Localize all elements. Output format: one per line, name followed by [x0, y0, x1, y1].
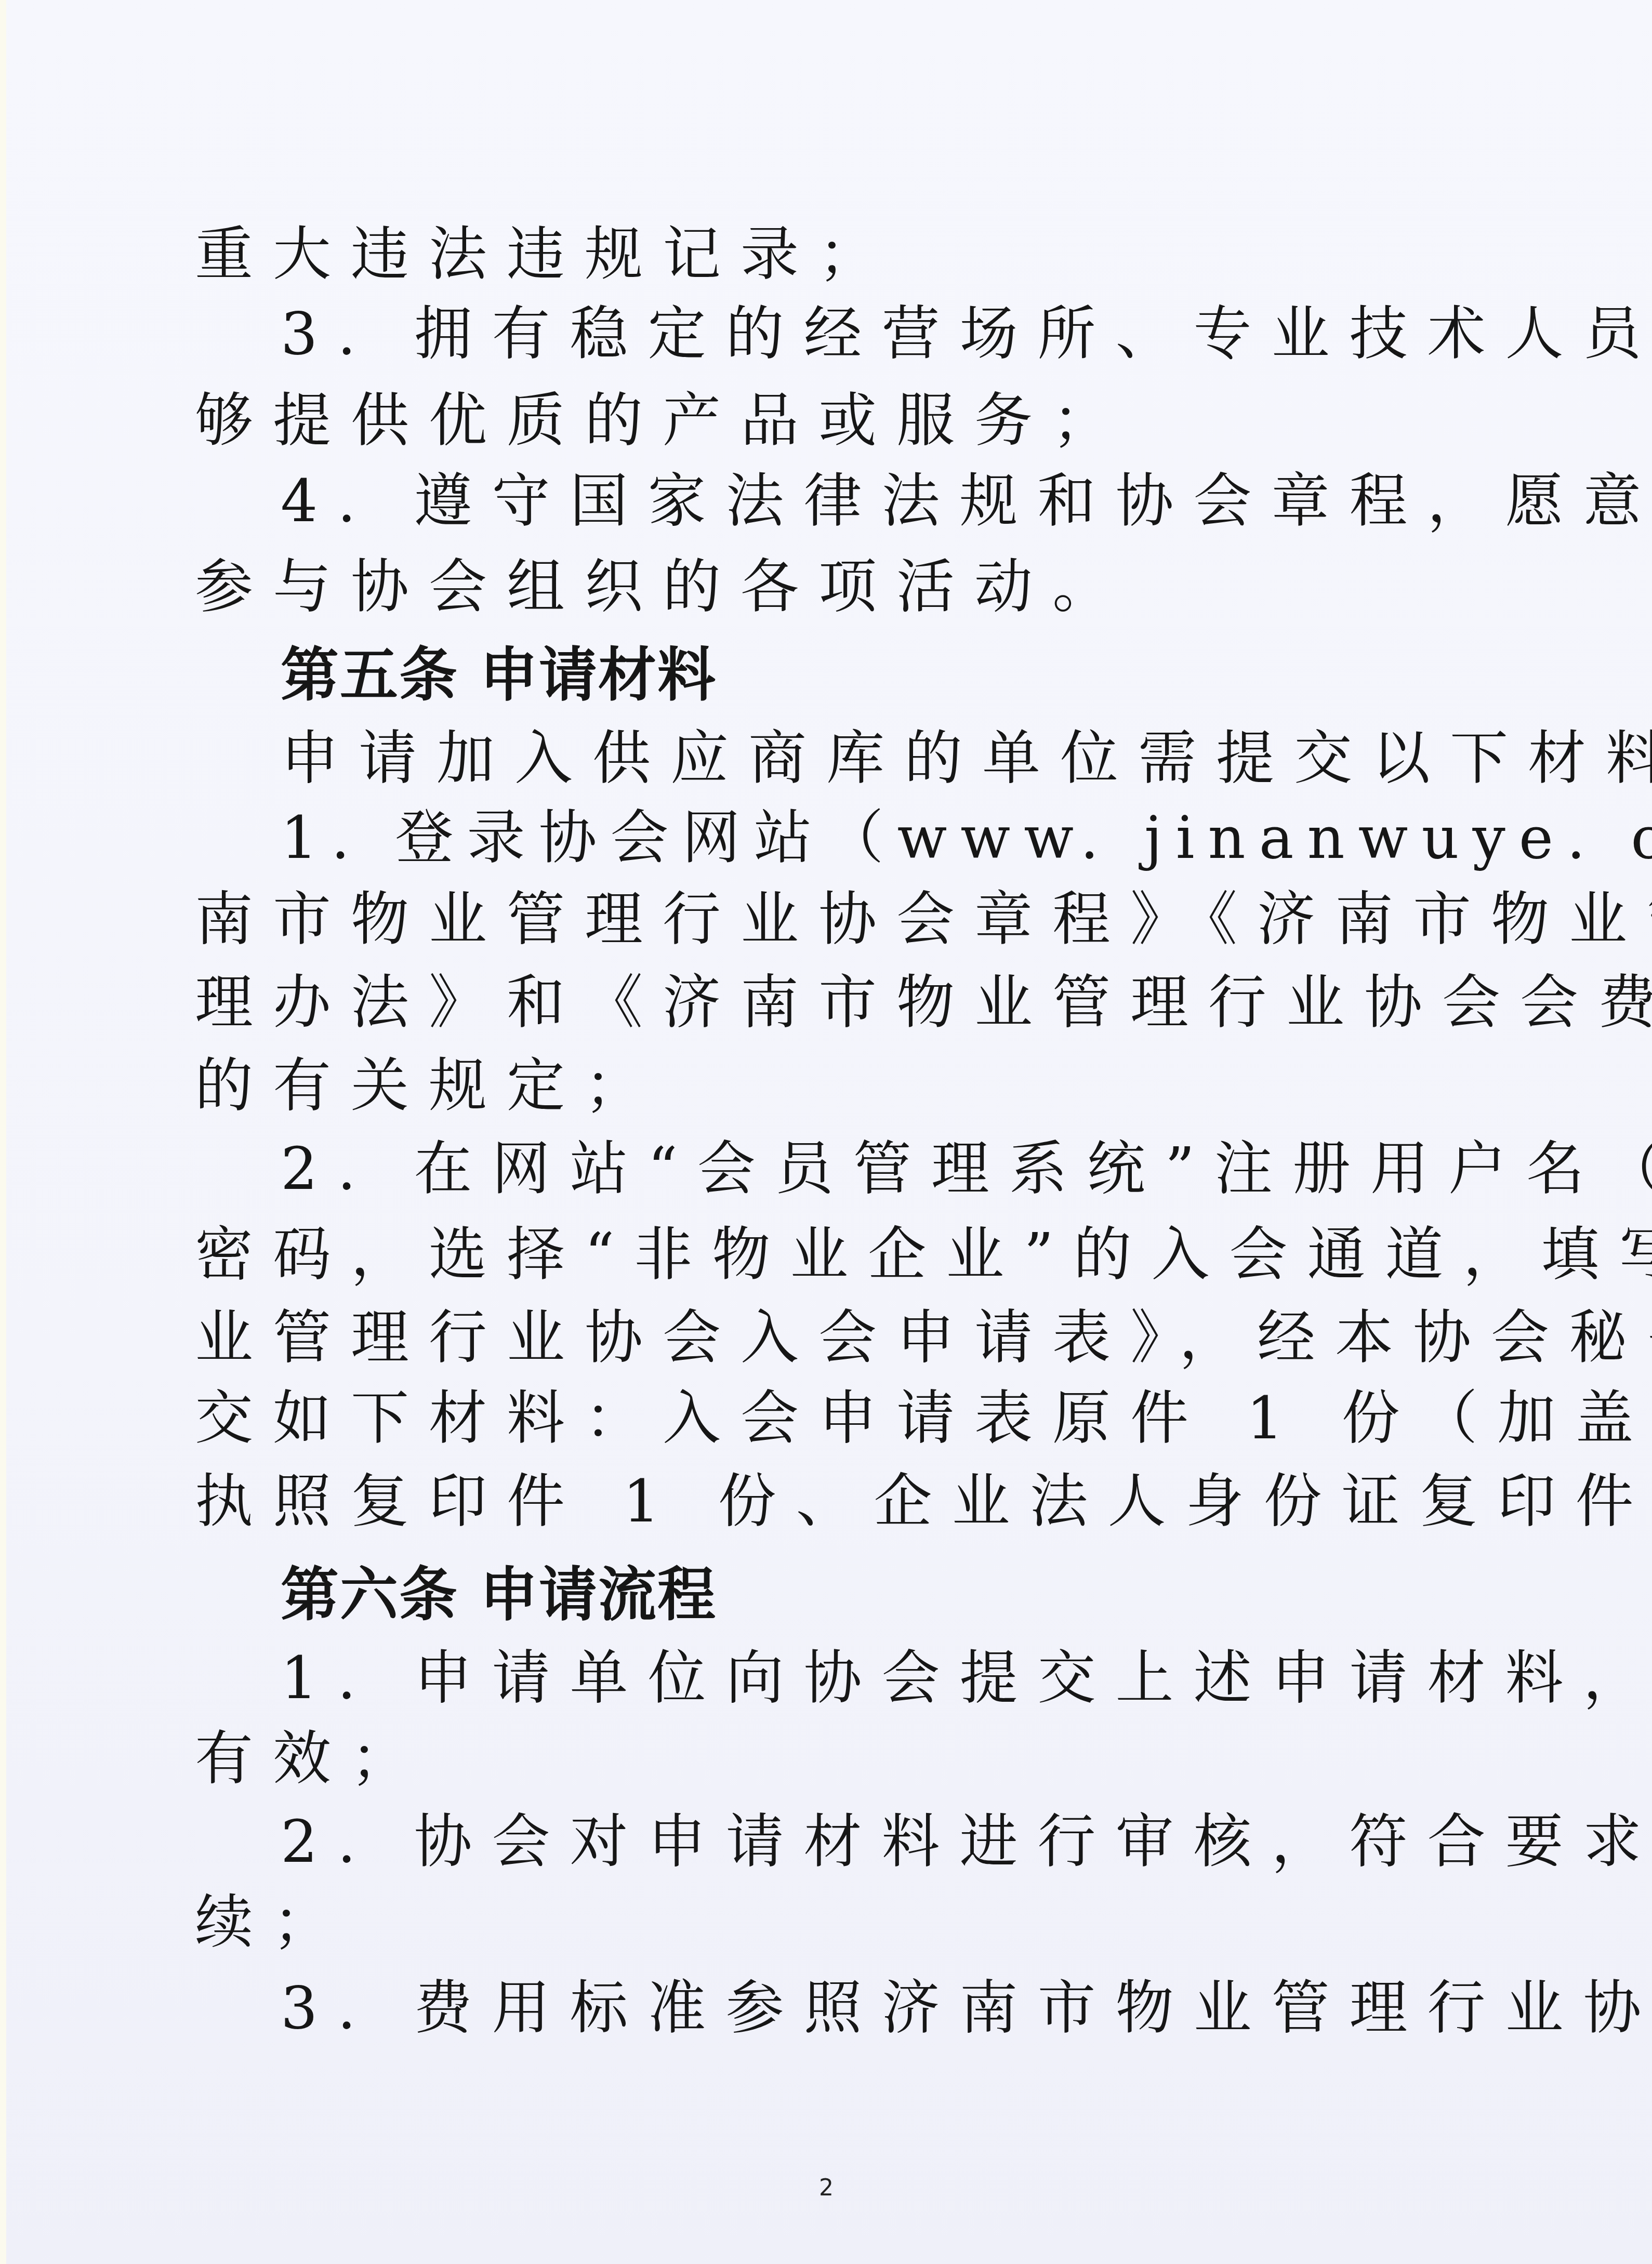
section-heading-article-6: 第六条 申请流程: [281, 1561, 717, 1629]
body-line-continuation: 重大违法违规记录；: [195, 221, 896, 288]
list-item-3-line-2: 够提供优质的产品或服务；: [195, 387, 1130, 455]
process-item-3-line-1: 3. 费用标准参照济南市物业管理行业协会会费标准执行。: [281, 1975, 1652, 2042]
materials-item-1-line-3: 理办法》和《济南市物业管理行业协会会费交纳标准和管理办法》: [195, 969, 1652, 1037]
list-item-3-line-1: 3. 拥有稳定的经营场所、专业技术人员和售后服务团队，能: [281, 300, 1652, 368]
materials-item-1-line-1: 1. 登录协会网站（www. jinanwuye. com），阅读并认可《济: [281, 804, 1652, 872]
page-number: 2: [811, 2175, 842, 2201]
process-item-1-line-1: 1. 申请单位向协会提交上述申请材料，材料应真实、完整、: [281, 1645, 1652, 1712]
materials-item-2-line-3: 业管理行业协会入会申请表》，经本协会秘书处初审通过后，提: [195, 1304, 1652, 1372]
scanned-page: 重大违法违规记录； 3. 拥有稳定的经营场所、专业技术人员和售后服务团队，能 够…: [0, 0, 1652, 2264]
materials-item-2-line-4: 交如下材料：入会申请表原件 1 份（加盖单位公章）、企业营业: [195, 1385, 1652, 1452]
section-heading-article-5: 第五条 申请材料: [281, 642, 717, 709]
section-intro: 申请加入供应商库的单位需提交以下材料：: [281, 725, 1652, 792]
list-item-4-line-2: 参与协会组织的各项活动。: [195, 553, 1130, 621]
process-item-2-line-1: 2. 协会对申请材料进行审核，符合要求的，通知办理入会手: [281, 1808, 1652, 1876]
materials-item-1-line-2: 南市物业管理行业协会章程》《济南市物业管理行业协会会员管: [195, 886, 1652, 954]
process-item-1-line-2: 有效；: [195, 1725, 429, 1793]
materials-item-2-line-5: 执照复印件 1 份、企业法人身份证复印件 1 份。: [195, 1468, 1652, 1535]
list-item-4-line-1: 4. 遵守国家法律法规和协会章程，愿意履行会员义务，积极: [281, 468, 1652, 535]
scan-edge: [0, 0, 6, 2264]
materials-item-2-line-1: 2. 在网站“会员管理系统”注册用户名（单位中文全称）、: [281, 1135, 1652, 1203]
materials-item-2-line-2: 密码，选择“非物业企业”的入会通道，填写并提交《济南市物: [195, 1221, 1652, 1289]
process-item-2-line-2: 续；: [195, 1889, 351, 1956]
materials-item-1-line-4: 的有关规定；: [195, 1052, 663, 1120]
